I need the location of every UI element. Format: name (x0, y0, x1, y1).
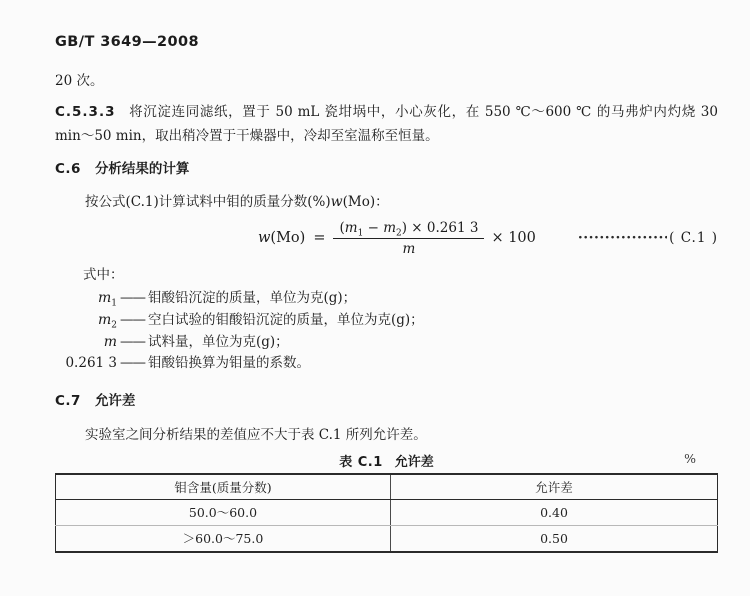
table-caption-label: 表 C.1 (339, 455, 383, 470)
definition-list: m1 —— 钼酸铅沉淀的质量，单位为克(g)； m2 —— 空白试验的钼酸铅沉淀… (55, 288, 718, 375)
definition-term: 0.261 3 (55, 353, 117, 375)
section-c7-number: C.7 (55, 393, 81, 409)
table-header-row: 钼含量(质量分数) 允许差 (56, 474, 718, 499)
definition-dash: —— (117, 353, 148, 375)
table-caption: 表 C.1允许差 % (55, 451, 718, 468)
definition-dash: —— (117, 288, 148, 310)
definition-dash: —— (117, 310, 148, 332)
definition-term: m2 (55, 310, 117, 332)
section-heading-c6: C.6分析结果的计算 (55, 157, 718, 177)
definition-text: 试料量，单位为克(g)； (148, 332, 718, 354)
definition-row: m1 —— 钼酸铅沉淀的质量，单位为克(g)； (55, 288, 718, 310)
definition-term: m (55, 332, 117, 354)
fraction-denominator: m (333, 239, 484, 257)
formula-intro-pre: 按公式(C.1)计算试料中钼的质量分数(%) (85, 194, 331, 210)
table-unit-percent: % (684, 451, 696, 466)
leader-dots: ························ (578, 230, 667, 246)
clause-c533-label: C.5.3.3 (55, 104, 115, 120)
section-c6-title: 分析结果的计算 (95, 161, 190, 177)
definition-text: 空白试验的钼酸铅沉淀的质量，单位为克(g)； (148, 310, 718, 332)
table-cell-tolerance: 0.40 (390, 499, 717, 525)
equals-sign: = (313, 230, 325, 246)
table-caption-title: 允许差 (395, 455, 434, 470)
standard-number-header: GB/T 3649—2008 (55, 34, 718, 50)
tolerance-paragraph: 实验室之间分析结果的差值应不大于表 C.1 所列允许差。 (85, 423, 718, 443)
table-row: ＞60.0～75.0 0.50 (56, 525, 718, 552)
where-clause: 式中： (83, 263, 718, 283)
table-header-range: 钼含量(质量分数) (56, 474, 391, 499)
formula-expression: w(Mo) = (m1 − m2) × 0.261 3 m × 100 (258, 220, 536, 257)
table-cell-range: 50.0～60.0 (56, 499, 391, 525)
clause-c533: C.5.3.3将沉淀连同滤纸，置于 50 mL 瓷坩埚中，小心灰化，在 550 … (55, 100, 718, 148)
section-c6-number: C.6 (55, 161, 81, 177)
fraction-numerator: (m1 − m2) × 0.261 3 (333, 220, 484, 239)
carryover-text: 20 次。 (55, 69, 718, 89)
formula-lhs: w(Mo) (258, 230, 305, 246)
table-cell-tolerance: 0.50 (390, 525, 717, 552)
definition-text: 钼酸铅换算为钼量的系数。 (148, 353, 718, 375)
tolerance-table: 钼含量(质量分数) 允许差 50.0～60.0 0.40 ＞60.0～75.0 … (55, 473, 718, 553)
table-row: 50.0～60.0 0.40 (56, 499, 718, 525)
definition-row: 0.261 3 —— 钼酸铅换算为钼量的系数。 (55, 353, 718, 375)
times-100: × 100 (491, 230, 535, 246)
formula-c1: w(Mo) = (m1 − m2) × 0.261 3 m × 100 ····… (55, 216, 718, 260)
section-c7-title: 允许差 (95, 393, 136, 409)
table-header-tolerance: 允许差 (390, 474, 717, 499)
definition-row: m —— 试料量，单位为克(g)； (55, 332, 718, 354)
equation-number: ( C.1 ) (669, 230, 718, 246)
fraction: (m1 − m2) × 0.261 3 m (333, 220, 484, 257)
definition-term: m1 (55, 288, 117, 310)
formula-intro-var: w (331, 194, 343, 210)
clause-c533-text: 将沉淀连同滤纸，置于 50 mL 瓷坩埚中，小心灰化，在 550 ℃～600 ℃… (55, 104, 718, 144)
definition-row: m2 —— 空白试验的钼酸铅沉淀的质量，单位为克(g)； (55, 310, 718, 332)
document-page: GB/T 3649—2008 20 次。 C.5.3.3将沉淀连同滤纸，置于 5… (0, 0, 750, 596)
definition-text: 钼酸铅沉淀的质量，单位为克(g)； (148, 288, 718, 310)
formula-intro: 按公式(C.1)计算试料中钼的质量分数(%)w(Mo)： (85, 190, 718, 210)
section-heading-c7: C.7允许差 (55, 389, 718, 409)
formula-intro-post: (Mo)： (343, 194, 389, 210)
definition-dash: —— (117, 332, 148, 354)
table-cell-range: ＞60.0～75.0 (56, 525, 391, 552)
